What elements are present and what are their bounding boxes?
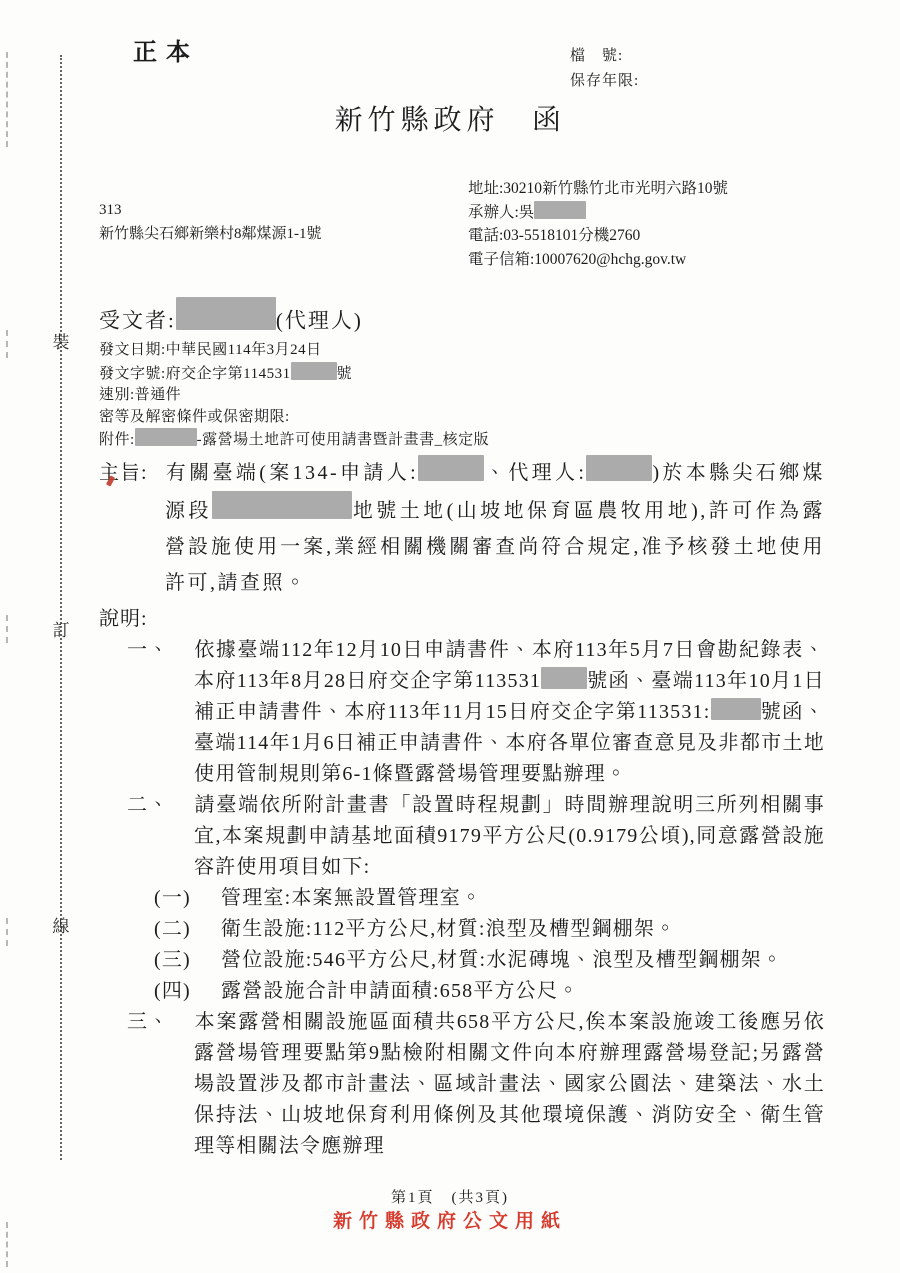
subject-paragraph: 主旨:有關臺端(案134-申請人:、代理人:)於本縣尖石鄉煤源段地號土地(山坡地… xyxy=(99,455,825,601)
redaction-box xyxy=(212,491,352,519)
binding-mark-xian: 線 xyxy=(44,912,78,937)
item-label: (四) xyxy=(154,976,221,1007)
item-text: 本案露營相關設施區面積共658平方公尺,俟本案設施竣工後應另依露營場管理要點第9… xyxy=(194,1011,825,1157)
redaction-box xyxy=(711,698,761,720)
meta-speed-class: 速別:普通件 xyxy=(99,385,489,407)
redaction-box xyxy=(176,297,276,330)
binding-dotted-line xyxy=(60,55,62,1160)
explanation-subitem-1: (一)管理室:本案無設置管理室。 xyxy=(154,883,825,914)
recipient-line: 受文者:(代理人) xyxy=(99,297,363,334)
contact-info-block: 地址:30210新竹縣竹北市光明六路10號 承辦人:吳 電話:03-551810… xyxy=(468,177,728,271)
redaction-box xyxy=(534,201,586,219)
edge-scan-mark xyxy=(6,615,8,643)
explanation-label: 說明: xyxy=(99,603,825,635)
item-label: 二、 xyxy=(127,790,194,821)
item-text: 依據臺端112年12月10日申請書件、本府113年5月7日會勘紀錄表、本府113… xyxy=(194,639,825,785)
footer-page-number: 第1頁 (共3頁) xyxy=(0,1186,900,1207)
footer-paper-name: 新竹縣政府公文用紙 xyxy=(0,1206,900,1233)
explanation-subitem-2: (二)衛生設施:112平方公尺,材質:浪型及槽型鋼棚架。 xyxy=(154,914,825,945)
binding-mark-zhuang: 裝 xyxy=(44,328,78,353)
meta-secrecy: 密等及解密條件或保密期限: xyxy=(99,407,489,429)
edge-scan-mark xyxy=(6,330,8,358)
retention-period-label: 保存年限: xyxy=(570,69,639,90)
explanation-item-3: 三、本案露營相關設施區面積共658平方公尺,俟本案設施竣工後應另依露營場管理要點… xyxy=(127,1007,825,1162)
file-number-label: 檔 號: xyxy=(570,44,623,65)
explanation-subitem-4: (四)露營設施合計申請面積:658平方公尺。 xyxy=(154,976,825,1007)
item-label: 三、 xyxy=(127,1007,194,1038)
document-title: 新竹縣政府 函 xyxy=(0,98,900,138)
letter-body: 主旨:有關臺端(案134-申請人:、代理人:)於本縣尖石鄉煤源段地號土地(山坡地… xyxy=(99,455,825,1162)
meta-issue-date: 發文日期:中華民國114年3月24日 xyxy=(99,340,489,362)
contact-email: 電子信箱:10007620@hchg.gov.tw xyxy=(468,248,728,272)
contact-phone: 電話:03-5518101分機2760 xyxy=(468,224,728,248)
sender-address: 新竹縣尖石鄉新樂村8鄰煤源1-1號 xyxy=(99,222,322,246)
redaction-box xyxy=(135,428,197,446)
subject-text: 有關臺端(案134-申請人:、代理人:)於本縣尖石鄉煤源段地號土地(山坡地保育區… xyxy=(165,462,825,594)
edge-scan-mark xyxy=(6,918,8,946)
item-label: 一、 xyxy=(127,635,194,666)
item-label: (二) xyxy=(154,914,221,945)
item-label: (一) xyxy=(154,883,221,914)
contact-address: 地址:30210新竹縣竹北市光明六路10號 xyxy=(468,177,728,201)
explanation-item-1: 一、依據臺端112年12月10日申請書件、本府113年5月7日會勘紀錄表、本府1… xyxy=(127,635,825,790)
sender-code: 313 xyxy=(99,198,322,222)
redaction-box xyxy=(291,362,337,380)
contact-officer: 承辦人:吳 xyxy=(468,201,728,225)
item-text: 請臺端依所附計畫書「設置時程規劃」時間辦理說明三所列相關事宜,本案規劃申請基地面… xyxy=(194,794,825,878)
sender-address-block: 313 新竹縣尖石鄉新樂村8鄰煤源1-1號 xyxy=(99,198,322,246)
explanation-item-2: 二、請臺端依所附計畫書「設置時程規劃」時間辦理說明三所列相關事宜,本案規劃申請基… xyxy=(127,790,825,883)
document-meta-block: 發文日期:中華民國114年3月24日 發文字號:府交企字第114531號 速別:… xyxy=(99,340,489,452)
official-letter-page: 裝 訂 線 正本 檔 號: 保存年限: 新竹縣政府 函 313 新竹縣尖石鄉新樂… xyxy=(0,0,900,1273)
binding-mark-ding: 訂 xyxy=(44,616,78,641)
redaction-box xyxy=(586,455,652,481)
explanation-subitem-3: (三)營位設施:546平方公尺,材質:水泥磚塊、浪型及槽型鋼棚架。 xyxy=(154,945,825,976)
copy-type-label: 正本 xyxy=(133,32,199,67)
item-label: (三) xyxy=(154,945,221,976)
item-text: 露營設施合計申請面積:658平方公尺。 xyxy=(221,980,579,1002)
redaction-box xyxy=(418,455,484,481)
meta-doc-number: 發文字號:府交企字第114531號 xyxy=(99,362,489,386)
item-text: 衛生設施:112平方公尺,材質:浪型及槽型鋼棚架。 xyxy=(221,918,676,940)
item-text: 管理室:本案無設置管理室。 xyxy=(221,887,482,909)
redaction-box xyxy=(541,667,587,689)
meta-attachment: 附件:-露營場土地許可使用請書暨計畫書_核定版 xyxy=(99,428,489,452)
item-text: 營位設施:546平方公尺,材質:水泥磚塊、浪型及槽型鋼棚架。 xyxy=(221,949,783,971)
